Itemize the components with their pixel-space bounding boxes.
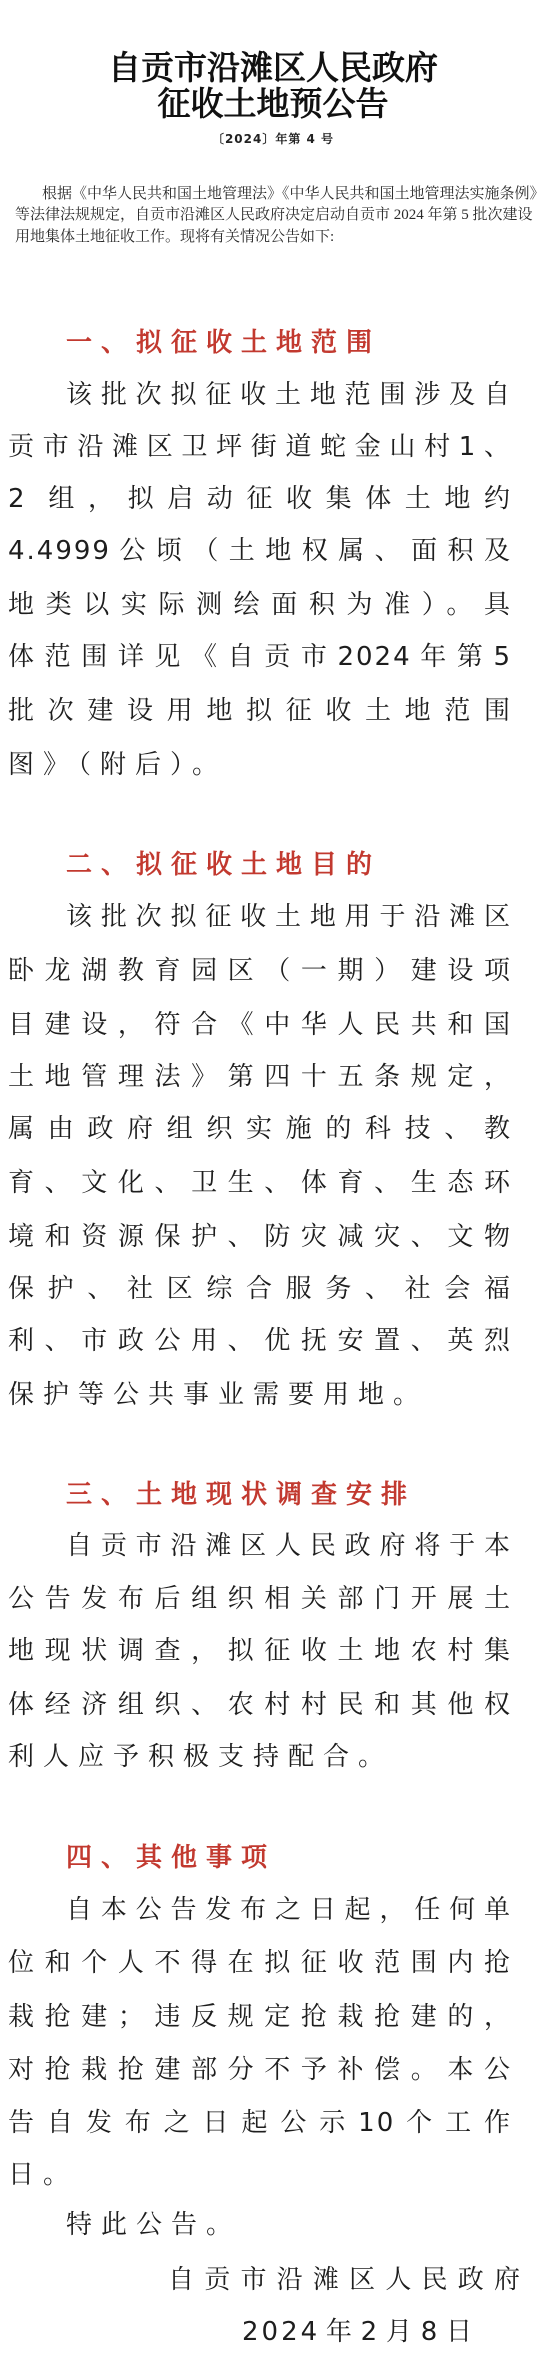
issue-date: 2024年2月8日 [242,2311,475,2348]
body-line: 对抢栽抢建部分不予补偿。本公 [8,2049,512,2086]
body-line: 保护、社区综合服务、社会福 [8,1268,512,1305]
body-line: 地现状调查，拟征收土地农村集 [8,1630,512,1667]
body-line: 目建设，符合《中华人民共和国 [8,1004,512,1041]
body-line: 体范围详见《自贡市2024年第5 [8,636,512,673]
section-heading: 四、其他事项 [66,1837,276,1874]
intro-line: 用地集体土地征收工作。现将有关情况公告如下: [15,225,510,246]
body-line: 境和资源保护、防灾减灾、文物 [8,1216,512,1253]
issuer-signature: 自贡市沿滩区人民政府 [168,2259,520,2296]
section-heading: 二、拟征收土地目的 [66,844,381,881]
body-line: 公告发布后组织相关部门开展土 [8,1578,512,1615]
body-line: 2 组，拟启动征收集体土地约 [8,478,512,515]
body-line: 自贡市沿滩区人民政府将于本 [66,1525,512,1562]
body-line: 属由政府组织实施的科技、教 [8,1108,512,1145]
body-line: 位和个人不得在拟征收范围内抢 [8,1942,512,1979]
body-line: 自本公告发布之日起，任何单 [66,1889,512,1926]
intro-line: 根据《中华人民共和国土地管理法》《中华人民共和国土地管理法实施条例》 [42,182,510,203]
body-line: 利人应予积极支持配合。 [8,1736,512,1773]
document-title-line2: 征收土地预公告 [0,78,546,125]
body-line: 地类以实际测绘面积为准）。具 [8,584,512,621]
body-line: 4.4999公顷（土地权属、面积及 [8,530,512,567]
body-line: 日。 [8,2154,512,2191]
section-heading: 三、土地现状调查安排 [66,1474,416,1511]
body-line: 利、市政公用、优抚安置、英烈 [8,1320,512,1357]
body-line: 告自发布之日起公示10个工作 [8,2102,512,2139]
body-line: 土地管理法》第四十五条规定， [8,1056,512,1093]
intro-line: 等法律法规规定，自贡市沿滩区人民政府决定启动自贡市 2024 年第 5 批次建设 [15,203,510,224]
body-line: 保护等公共事业需要用地。 [8,1374,512,1411]
body-line: 体经济组织、农村村民和其他权 [8,1684,512,1721]
document-number: 〔2024〕年第 4 号 [0,130,546,147]
body-line: 贡市沿滩区卫坪街道蛇金山村1、 [8,426,512,463]
body-line: 育、文化、卫生、体育、生态环 [8,1162,512,1199]
body-line: 该批次拟征收土地范围涉及自 [66,374,512,411]
body-line: 图》（附后）。 [8,744,512,781]
closing-statement: 特此公告。 [66,2204,241,2241]
body-line: 栽抢建；违反规定抢栽抢建的， [8,1996,512,2033]
section-heading: 一、拟征收土地范围 [66,322,381,359]
body-line: 该批次拟征收土地用于沿滩区 [66,896,512,933]
body-line: 卧龙湖教育园区（一期）建设项 [8,950,512,987]
body-line: 批次建设用地拟征收土地范围 [8,690,512,727]
